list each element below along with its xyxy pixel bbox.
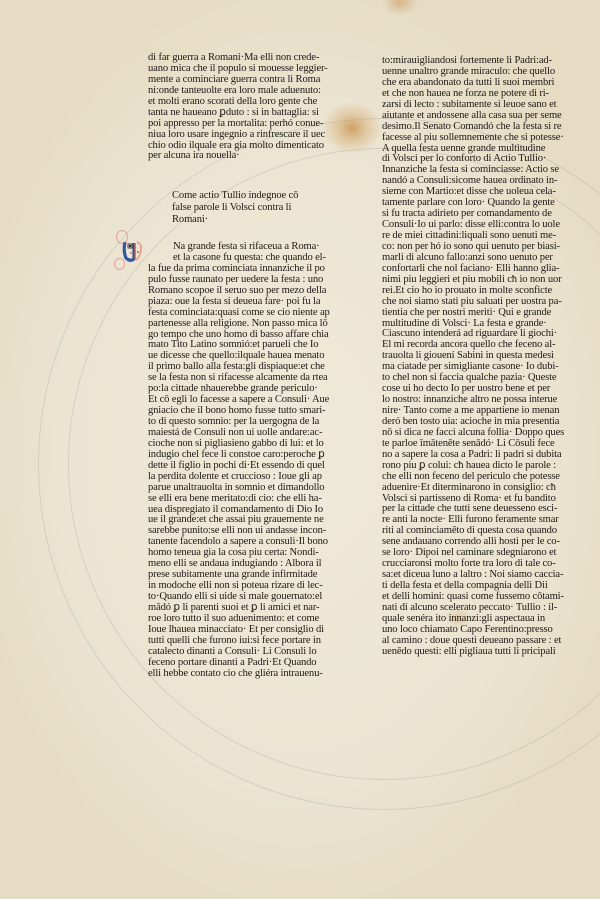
text-line: facesse al piu sollemnemente che si pote… [382,133,564,144]
text-line: rei.Et cio ho io prouato in molte sconfi… [382,286,564,297]
left-column-body-text: Na grande festa si rifaceua a Roma·et la… [148,242,330,680]
text-line: parue unaltrauolta in somnio et dimandol… [148,483,330,494]
text-line: false parole li Volsci contra li [172,202,298,214]
text-line: feceno portare dinanti a Padri·Et Quando [148,658,330,669]
text-line: se elli era bene meritato:di cio: che el… [148,494,330,505]
text-line: poi appresso per la mortalita: perhó con… [148,119,328,130]
text-line: niua loro usare ingegnio a rinfrescare i… [148,130,328,141]
text-line: desimo.Il Senato Comandó che la festa si… [382,122,564,133]
illuminated-initial: U [120,240,145,262]
text-line: partenesse alla religione. Non passo mic… [148,319,330,330]
text-line: elli hebbe contato cio che gliéra intrau… [148,669,330,680]
flourish-bottom [114,258,125,270]
text-line: al camino : doue questi deueano passare … [382,636,564,647]
right-column-text: to:mirauigliandosi fortemente li Padri:a… [382,56,564,658]
left-column-top-text: di far guerra a Romani·Ma elli non crede… [148,53,328,162]
text-line: festa cominciata:quasi come se cio nient… [148,308,330,319]
text-line: uenēdo questi: elli pigliaua tutti li pr… [382,647,564,658]
initial-u-icon [122,240,144,262]
text-line: rono piu ꝑ colui: cħ hauea dicto le paro… [382,461,564,472]
text-line: catalecto dinanti a Consuli· Li Consuli … [148,647,330,658]
text-line: piaza: oue la festa si deueua fare· poi … [148,297,330,308]
text-line: aiutante et andossene alla casa sua per … [382,111,564,122]
text-line: per alcuna ira nouella· [148,151,328,162]
chapter-heading: Come actio Tullio indegnoe cōfalse parol… [172,190,298,226]
text-line: tanta ne haueano ꝑduto : si in battaglia… [148,108,328,119]
text-line: aduenire·Et diterminarono in consiglio: … [382,483,564,494]
text-line: che elli non feceno del periculo che pot… [382,472,564,483]
text-line: la perdita dolente et crucciosо : Ioue g… [148,472,330,483]
text-line: che noi siamo stati piu saluati per uost… [382,297,564,308]
flourish-top [116,230,128,244]
text-line: Come actio Tullio indegnoe cō [172,190,298,202]
text-line: Romani· [172,214,298,226]
text-line: tientia che per nostri meriti· Qui e gra… [382,308,564,319]
manuscript-page: di far guerra a Romani·Ma elli non crede… [0,0,600,899]
